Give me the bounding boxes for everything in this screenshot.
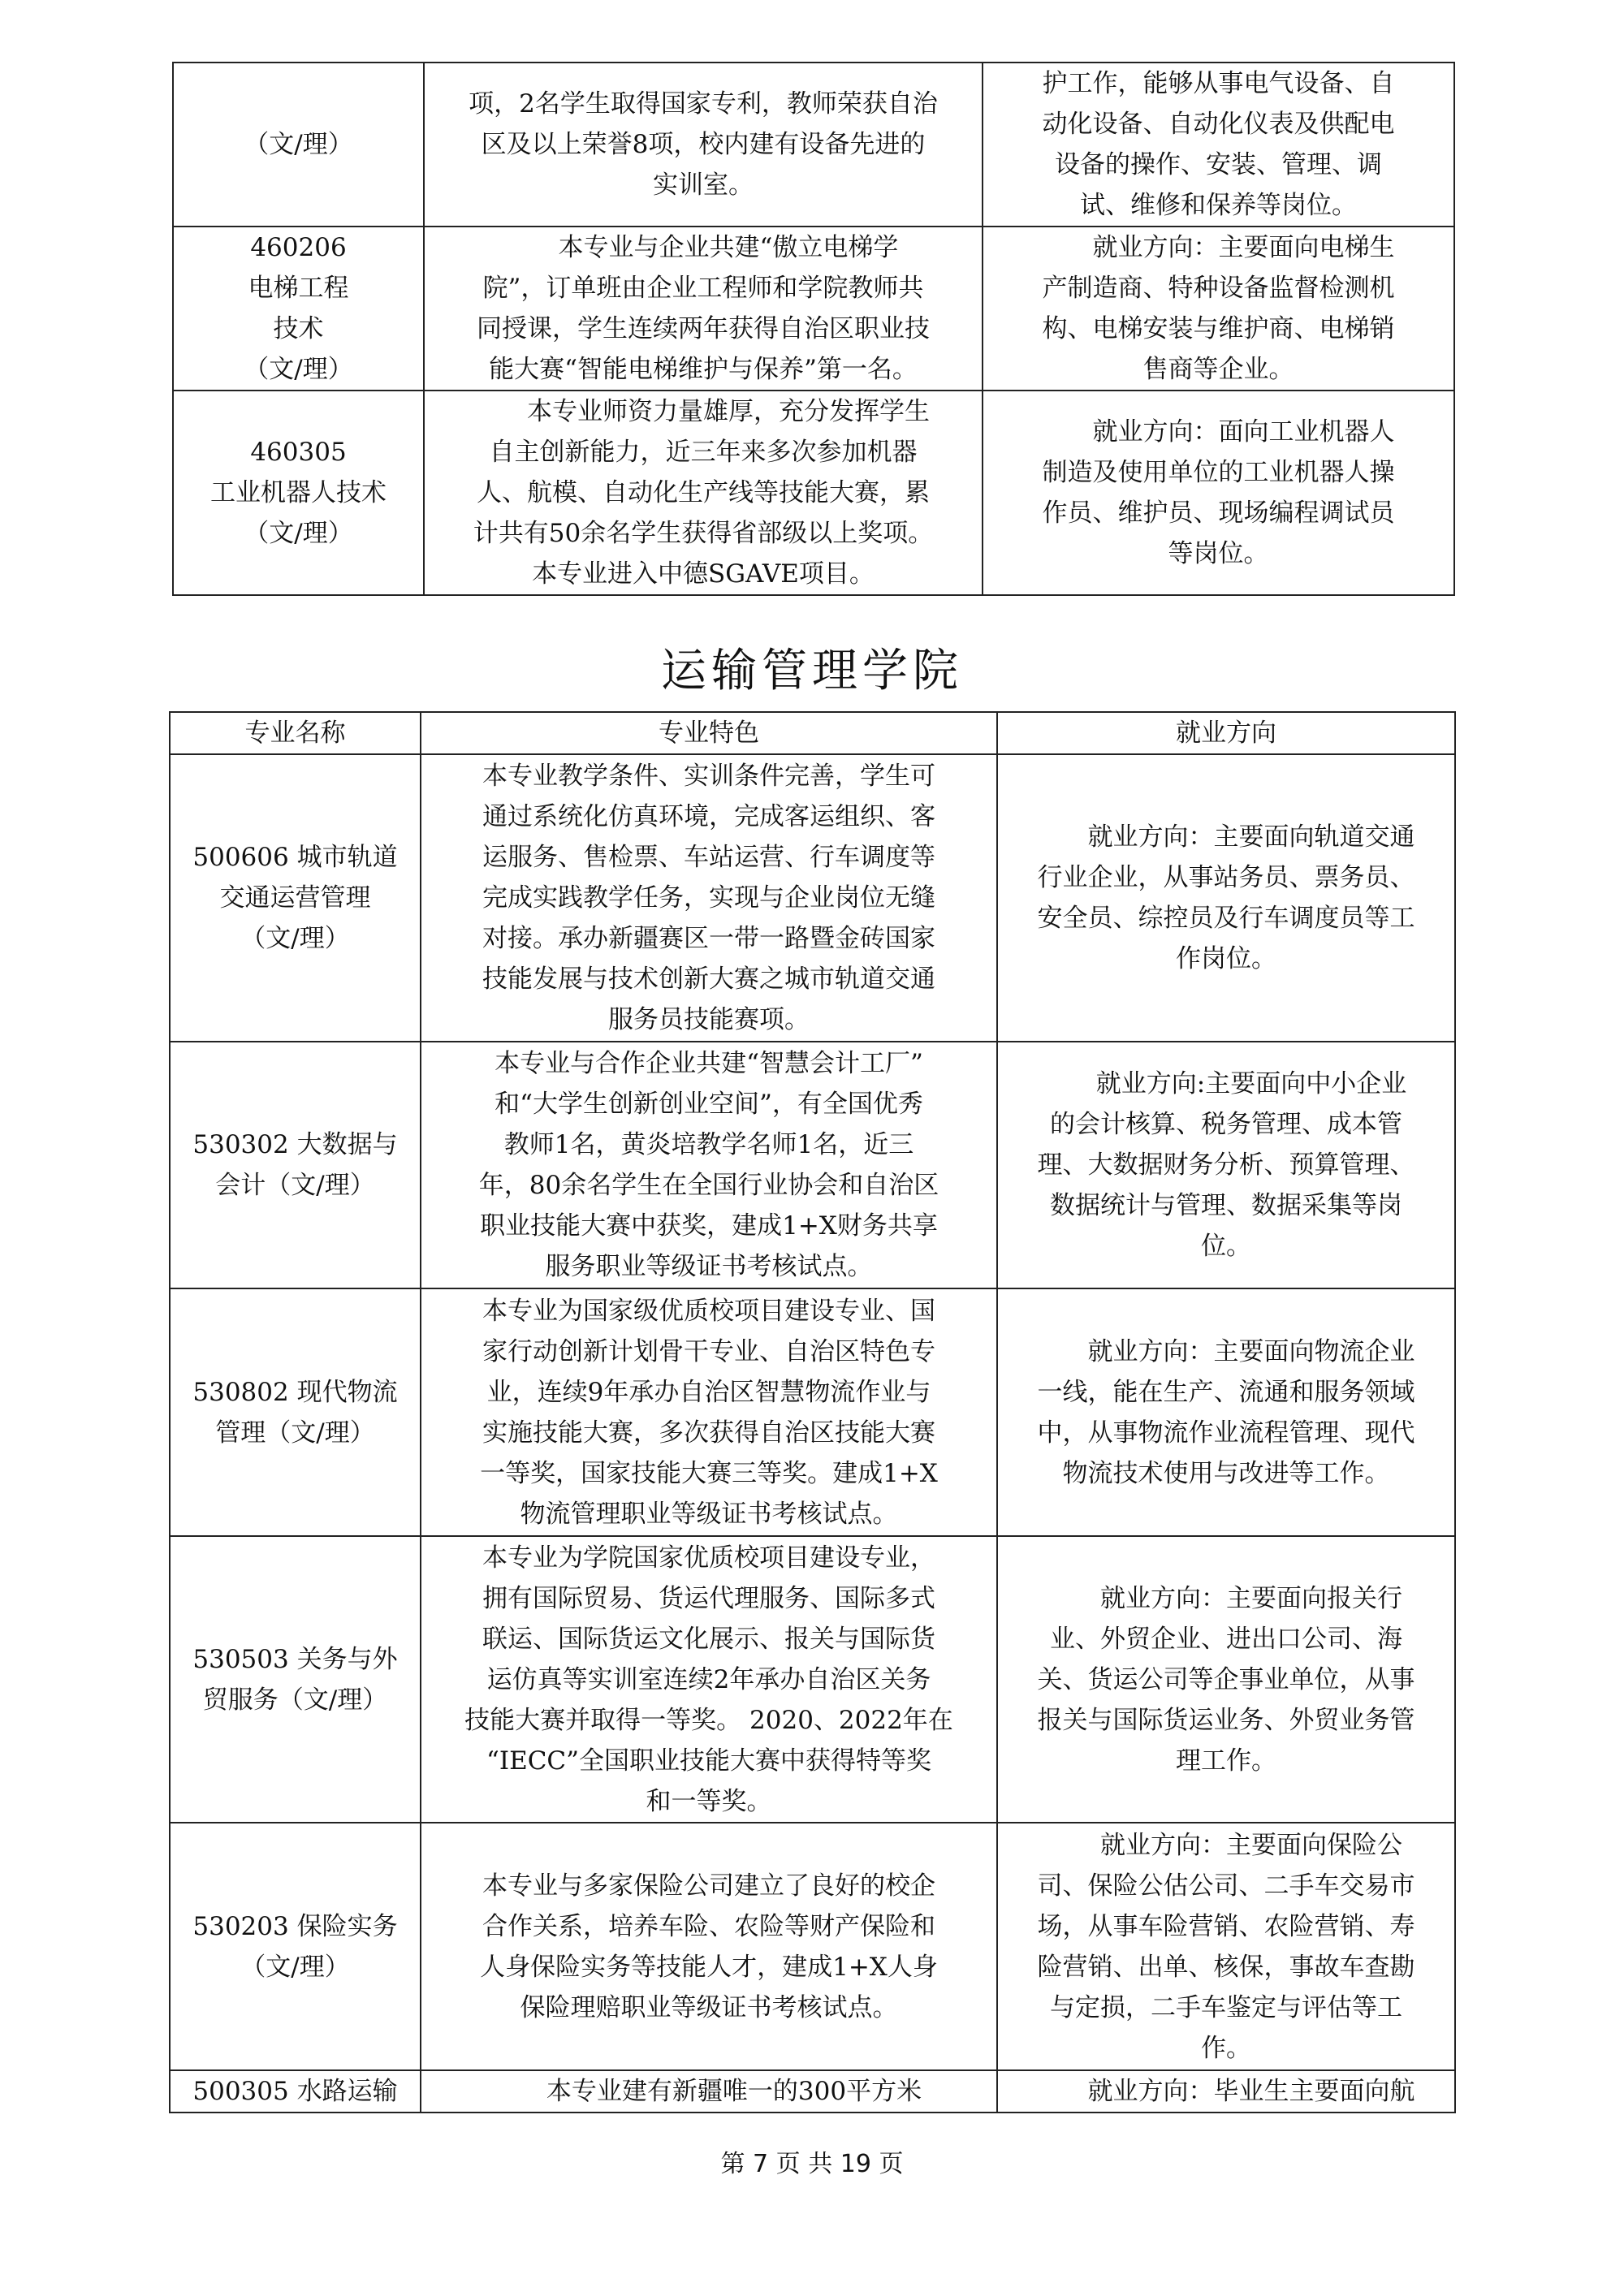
cell-text-line: 通过系统化仿真环境，完成客运组织、客 (430, 796, 988, 837)
cell-text-line: 本专业进入中德SGAVE项目。 (433, 554, 974, 594)
major-name-cell: 530203 保险实务（文/理） (170, 1823, 421, 2070)
cell-text-line: 与定损，二手车鉴定与评估等工 (1006, 1987, 1446, 2028)
cell-text-line: 就业方向：面向工业机器人 (991, 412, 1445, 452)
major-features-cell: 本专业与企业共建“傲立电梯学院”，订单班由企业工程师和学院教师共同授课，学生连续… (424, 227, 983, 391)
cell-text-line: 自主创新能力，近三年来多次参加机器 (433, 432, 974, 473)
cell-text-line: 院”，订单班由企业工程师和学院教师共 (433, 268, 974, 309)
cell-text-line: 460206 (182, 227, 415, 268)
major-features-cell: 项，2名学生取得国家专利，教师荣获自治区及以上荣誉8项，校内建有设备先进的实训室… (424, 63, 983, 227)
cell-text-line: 技能发展与技术创新大赛之城市轨道交通 (430, 959, 988, 999)
page-number: 第 7 页 共 19 页 (0, 2143, 1624, 2179)
cell-text-line: 同授课，学生连续两年获得自治区职业技 (433, 309, 974, 349)
major-features-cell: 本专业为学院国家优质校项目建设专业，拥有国际贸易、货运代理服务、国际多式联运、国… (421, 1536, 997, 1823)
cell-text-line: 年，80余名学生在全国行业协会和自治区 (430, 1165, 988, 1206)
cell-text-line: 服务职业等级证书考核试点。 (430, 1246, 988, 1287)
cell-text-line: 制造及使用单位的工业机器人操 (991, 452, 1445, 493)
major-name-cell: 530302 大数据与会计（文/理） (170, 1042, 421, 1288)
cell-text-line: 本专业与合作企业共建“智慧会计工厂” (430, 1043, 988, 1084)
cell-text-line: 本专业为学院国家优质校项目建设专业， (430, 1538, 988, 1578)
cell-text-line: 530203 保险实务 (179, 1906, 412, 1947)
cell-text-line: 等岗位。 (991, 533, 1445, 574)
cell-text-line: 一等奖，国家技能大赛三等奖。建成1+X (430, 1453, 988, 1494)
cell-text-line: 本专业与企业共建“傲立电梯学 (433, 227, 974, 268)
major-name-cell: 460206电梯工程技术（文/理） (173, 227, 424, 391)
cell-text-line: 就业方向：毕业生主要面向航 (1006, 2071, 1446, 2112)
cell-text-line: 500606 城市轨道 (179, 837, 412, 878)
major-features-cell: 本专业师资力量雄厚，充分发挥学生自主创新能力，近三年来多次参加机器人、航模、自动… (424, 391, 983, 595)
table-row: 530203 保险实务（文/理）本专业与多家保险公司建立了良好的校企合作关系，培… (170, 1823, 1455, 2070)
table-row: 500606 城市轨道交通运营管理（文/理）本专业教学条件、实训条件完善，学生可… (170, 754, 1455, 1042)
cell-text-line: （文/理） (179, 918, 412, 959)
employment-direction-cell: 就业方向：毕业生主要面向航 (997, 2070, 1455, 2113)
cell-text-line: 安全员、综控员及行车调度员等工 (1006, 898, 1446, 939)
cell-text-line: 就业方向：主要面向报关行 (1006, 1578, 1446, 1619)
cell-text-line: 保险理赔职业等级证书考核试点。 (430, 1987, 988, 2028)
cell-text-line: 拥有国际贸易、货运代理服务、国际多式 (430, 1578, 988, 1619)
cell-text-line: 业，连续9年承办自治区智慧物流作业与 (430, 1372, 988, 1413)
cell-text-line: 交通运营管理 (179, 878, 412, 918)
cell-text-line: 500305 水路运输 (179, 2071, 412, 2112)
cell-text-line: 530802 现代物流 (179, 1372, 412, 1413)
cell-text-line: 本专业教学条件、实训条件完善，学生可 (430, 756, 988, 796)
table-row: 530503 关务与外贸服务（文/理）本专业为学院国家优质校项目建设专业，拥有国… (170, 1536, 1455, 1823)
employment-direction-cell: 护工作，能够从事电气设备、自动化设备、自动化仪表及供配电设备的操作、安装、管理、… (983, 63, 1454, 227)
cell-text-line: 实训室。 (433, 165, 974, 205)
cell-text-line: 服务员技能赛项。 (430, 999, 988, 1040)
cell-text-line: 本专业与多家保险公司建立了良好的校企 (430, 1866, 988, 1906)
major-features-cell: 本专业教学条件、实训条件完善，学生可通过系统化仿真环境，完成客运组织、客运服务、… (421, 754, 997, 1042)
cell-text-line: 就业方向：主要面向保险公 (1006, 1825, 1446, 1866)
cell-text-line: 完成实践教学任务，实现与企业岗位无缝 (430, 878, 988, 918)
employment-direction-cell: 就业方向：主要面向保险公司、保险公估公司、二手车交易市场，从事车险营销、农险营销… (997, 1823, 1455, 2070)
cell-text-line: 动化设备、自动化仪表及供配电 (991, 104, 1445, 145)
transport-management-majors-table: 专业名称 专业特色 就业方向 500606 城市轨道交通运营管理（文/理）本专业… (169, 711, 1456, 2113)
cell-text-line: 报关与国际货运业务、外贸业务管 (1006, 1700, 1446, 1741)
cell-text-line: 就业方向:主要面向中小企业 (1006, 1064, 1446, 1104)
cell-text-line: 和一等奖。 (430, 1781, 988, 1822)
cell-text-line: 位。 (1006, 1226, 1446, 1267)
cell-text-line: （文/理） (182, 513, 415, 554)
cell-text-line: 职业技能大赛中获奖，建成1+X财务共享 (430, 1206, 988, 1246)
cell-text-line: 作岗位。 (1006, 939, 1446, 979)
cell-text-line: 售商等企业。 (991, 349, 1445, 390)
cell-text-line: （文/理） (182, 349, 415, 390)
major-name-cell: 530802 现代物流管理（文/理） (170, 1288, 421, 1536)
cell-text-line: 技能大赛并取得一等奖。 2020、2022年在 (430, 1700, 988, 1741)
cell-text-line: 就业方向：主要面向电梯生 (991, 227, 1445, 268)
table-row: 500305 水路运输 本专业建有新疆唯一的300平方米 就业方向：毕业生主要面… (170, 2070, 1455, 2113)
cell-text-line: 一线，能在生产、流通和服务领域 (1006, 1372, 1446, 1413)
major-features-cell: 本专业与多家保险公司建立了良好的校企合作关系，培养车险、农险等财产保险和人身保险… (421, 1823, 997, 2070)
major-features-cell: 本专业建有新疆唯一的300平方米 (421, 2070, 997, 2113)
cell-text-line: 就业方向：主要面向轨道交通 (1006, 817, 1446, 857)
cell-text-line: 物流管理职业等级证书考核试点。 (430, 1494, 988, 1534)
cell-text-line: 护工作，能够从事电气设备、自 (991, 63, 1445, 104)
cell-text-line: （文/理） (179, 1947, 412, 1987)
header-major-name: 专业名称 (170, 712, 421, 754)
cell-text-line: 区及以上荣誉8项，校内建有设备先进的 (433, 124, 974, 165)
employment-direction-cell: 就业方向:主要面向中小企业的会计核算、税务管理、成本管理、大数据财务分析、预算管… (997, 1042, 1455, 1288)
cell-text-line: 合作关系，培养车险、农险等财产保险和 (430, 1906, 988, 1947)
cell-text-line: 人身保险实务等技能人才，建成1+X人身 (430, 1947, 988, 1987)
employment-direction-cell: 就业方向：主要面向电梯生产制造商、特种设备监督检测机构、电梯安装与维护商、电梯销… (983, 227, 1454, 391)
table-row: 460305工业机器人技术（文/理） 本专业师资力量雄厚，充分发挥学生自主创新能… (173, 391, 1454, 595)
cell-text-line: 530302 大数据与 (179, 1124, 412, 1165)
cell-text-line: 贸服务（文/理） (179, 1680, 412, 1720)
cell-text-line: 对接。承办新疆赛区一带一路暨金砖国家 (430, 918, 988, 959)
cell-text-line: （文/理） (182, 124, 415, 165)
cell-text-line: 关、货运公司等企事业单位，从事 (1006, 1659, 1446, 1700)
cell-text-line: 管理（文/理） (179, 1413, 412, 1453)
section-title: 运输管理学院 (0, 635, 1624, 700)
employment-direction-cell: 就业方向：面向工业机器人制造及使用单位的工业机器人操作员、维护员、现场编程调试员… (983, 391, 1454, 595)
cell-text-line: 物流技术使用与改进等工作。 (1006, 1453, 1446, 1494)
cell-text-line: 中，从事物流作业流程管理、现代 (1006, 1413, 1446, 1453)
major-name-cell: 460305工业机器人技术（文/理） (173, 391, 424, 595)
cell-text-line: 数据统计与管理、数据采集等岗 (1006, 1185, 1446, 1226)
cell-text-line: 本专业建有新疆唯一的300平方米 (430, 2071, 988, 2112)
major-name-cell: 500606 城市轨道交通运营管理（文/理） (170, 754, 421, 1042)
cell-text-line: 作。 (1006, 2028, 1446, 2069)
cell-text-line: 能大赛“智能电梯维护与保养”第一名。 (433, 349, 974, 390)
cell-text-line: 家行动创新计划骨干专业、自治区特色专 (430, 1331, 988, 1372)
cell-text-line: 和“大学生创新创业空间”，有全国优秀 (430, 1084, 988, 1124)
cell-text-line: 业、外贸企业、进出口公司、海 (1006, 1619, 1446, 1659)
table-row: 460206电梯工程技术（文/理） 本专业与企业共建“傲立电梯学院”，订单班由企… (173, 227, 1454, 391)
table-row: 530302 大数据与会计（文/理）本专业与合作企业共建“智慧会计工厂”和“大学… (170, 1042, 1455, 1288)
employment-direction-cell: 就业方向：主要面向物流企业一线，能在生产、流通和服务领域中，从事物流作业流程管理… (997, 1288, 1455, 1536)
cell-text-line: 本专业为国家级优质校项目建设专业、国 (430, 1291, 988, 1331)
header-major-features: 专业特色 (421, 712, 997, 754)
cell-text-line: 试、维修和保养等岗位。 (991, 185, 1445, 226)
cell-text-line: 作员、维护员、现场编程调试员 (991, 493, 1445, 533)
cell-text-line: 运仿真等实训室连续2年承办自治区关务 (430, 1659, 988, 1700)
cell-text-line: 会计（文/理） (179, 1165, 412, 1206)
table-row: 530802 现代物流管理（文/理）本专业为国家级优质校项目建设专业、国家行动创… (170, 1288, 1455, 1536)
cell-text-line: 教师1名，黄炎培教学名师1名，近三 (430, 1124, 988, 1165)
cell-text-line: 理、大数据财务分析、预算管理、 (1006, 1145, 1446, 1185)
employment-direction-cell: 就业方向：主要面向轨道交通行业企业，从事站务员、票务员、安全员、综控员及行车调度… (997, 754, 1455, 1042)
cell-text-line: 就业方向：主要面向物流企业 (1006, 1331, 1446, 1372)
cell-text-line: 行业企业，从事站务员、票务员、 (1006, 857, 1446, 898)
cell-text-line: 工业机器人技术 (182, 473, 415, 513)
cell-text-line: 电梯工程 (182, 268, 415, 309)
cell-text-line: 构、电梯安装与维护商、电梯销 (991, 309, 1445, 349)
cell-text-line: 设备的操作、安装、管理、调 (991, 145, 1445, 185)
major-name-cell: （文/理） (173, 63, 424, 227)
cell-text-line: 460305 (182, 432, 415, 473)
cell-text-line: 理工作。 (1006, 1741, 1446, 1781)
majors-table-continued: （文/理）项，2名学生取得国家专利，教师荣获自治区及以上荣誉8项，校内建有设备先… (172, 62, 1455, 596)
major-name-cell: 530503 关务与外贸服务（文/理） (170, 1536, 421, 1823)
major-name-cell: 500305 水路运输 (170, 2070, 421, 2113)
cell-text-line: 运服务、售检票、车站运营、行车调度等 (430, 837, 988, 878)
cell-text-line: 计共有50余名学生获得省部级以上奖项。 (433, 513, 974, 554)
table-row: （文/理）项，2名学生取得国家专利，教师荣获自治区及以上荣誉8项，校内建有设备先… (173, 63, 1454, 227)
major-features-cell: 本专业与合作企业共建“智慧会计工厂”和“大学生创新创业空间”，有全国优秀教师1名… (421, 1042, 997, 1288)
cell-text-line: 险营销、出单、核保，事故车查勘 (1006, 1947, 1446, 1987)
cell-text-line: 本专业师资力量雄厚，充分发挥学生 (433, 391, 974, 432)
cell-text-line: “IECC”全国职业技能大赛中获得特等奖 (430, 1741, 988, 1781)
cell-text-line: 人、航模、自动化生产线等技能大赛，累 (433, 473, 974, 513)
header-employment-direction: 就业方向 (997, 712, 1455, 754)
cell-text-line: 技术 (182, 309, 415, 349)
cell-text-line: 场，从事车险营销、农险营销、寿 (1006, 1906, 1446, 1947)
cell-text-line: 530503 关务与外 (179, 1639, 412, 1680)
employment-direction-cell: 就业方向：主要面向报关行业、外贸企业、进出口公司、海关、货运公司等企事业单位，从… (997, 1536, 1455, 1823)
cell-text-line: 联运、国际货运文化展示、报关与国际货 (430, 1619, 988, 1659)
cell-text-line: 实施技能大赛，多次获得自治区技能大赛 (430, 1413, 988, 1453)
cell-text-line: 司、保险公估公司、二手车交易市 (1006, 1866, 1446, 1906)
major-features-cell: 本专业为国家级优质校项目建设专业、国家行动创新计划骨干专业、自治区特色专业，连续… (421, 1288, 997, 1536)
cell-text-line: 产制造商、特种设备监督检测机 (991, 268, 1445, 309)
cell-text-line: 项，2名学生取得国家专利，教师荣获自治 (433, 84, 974, 124)
cell-text-line: 的会计核算、税务管理、成本管 (1006, 1104, 1446, 1145)
table-header-row: 专业名称 专业特色 就业方向 (170, 712, 1455, 754)
